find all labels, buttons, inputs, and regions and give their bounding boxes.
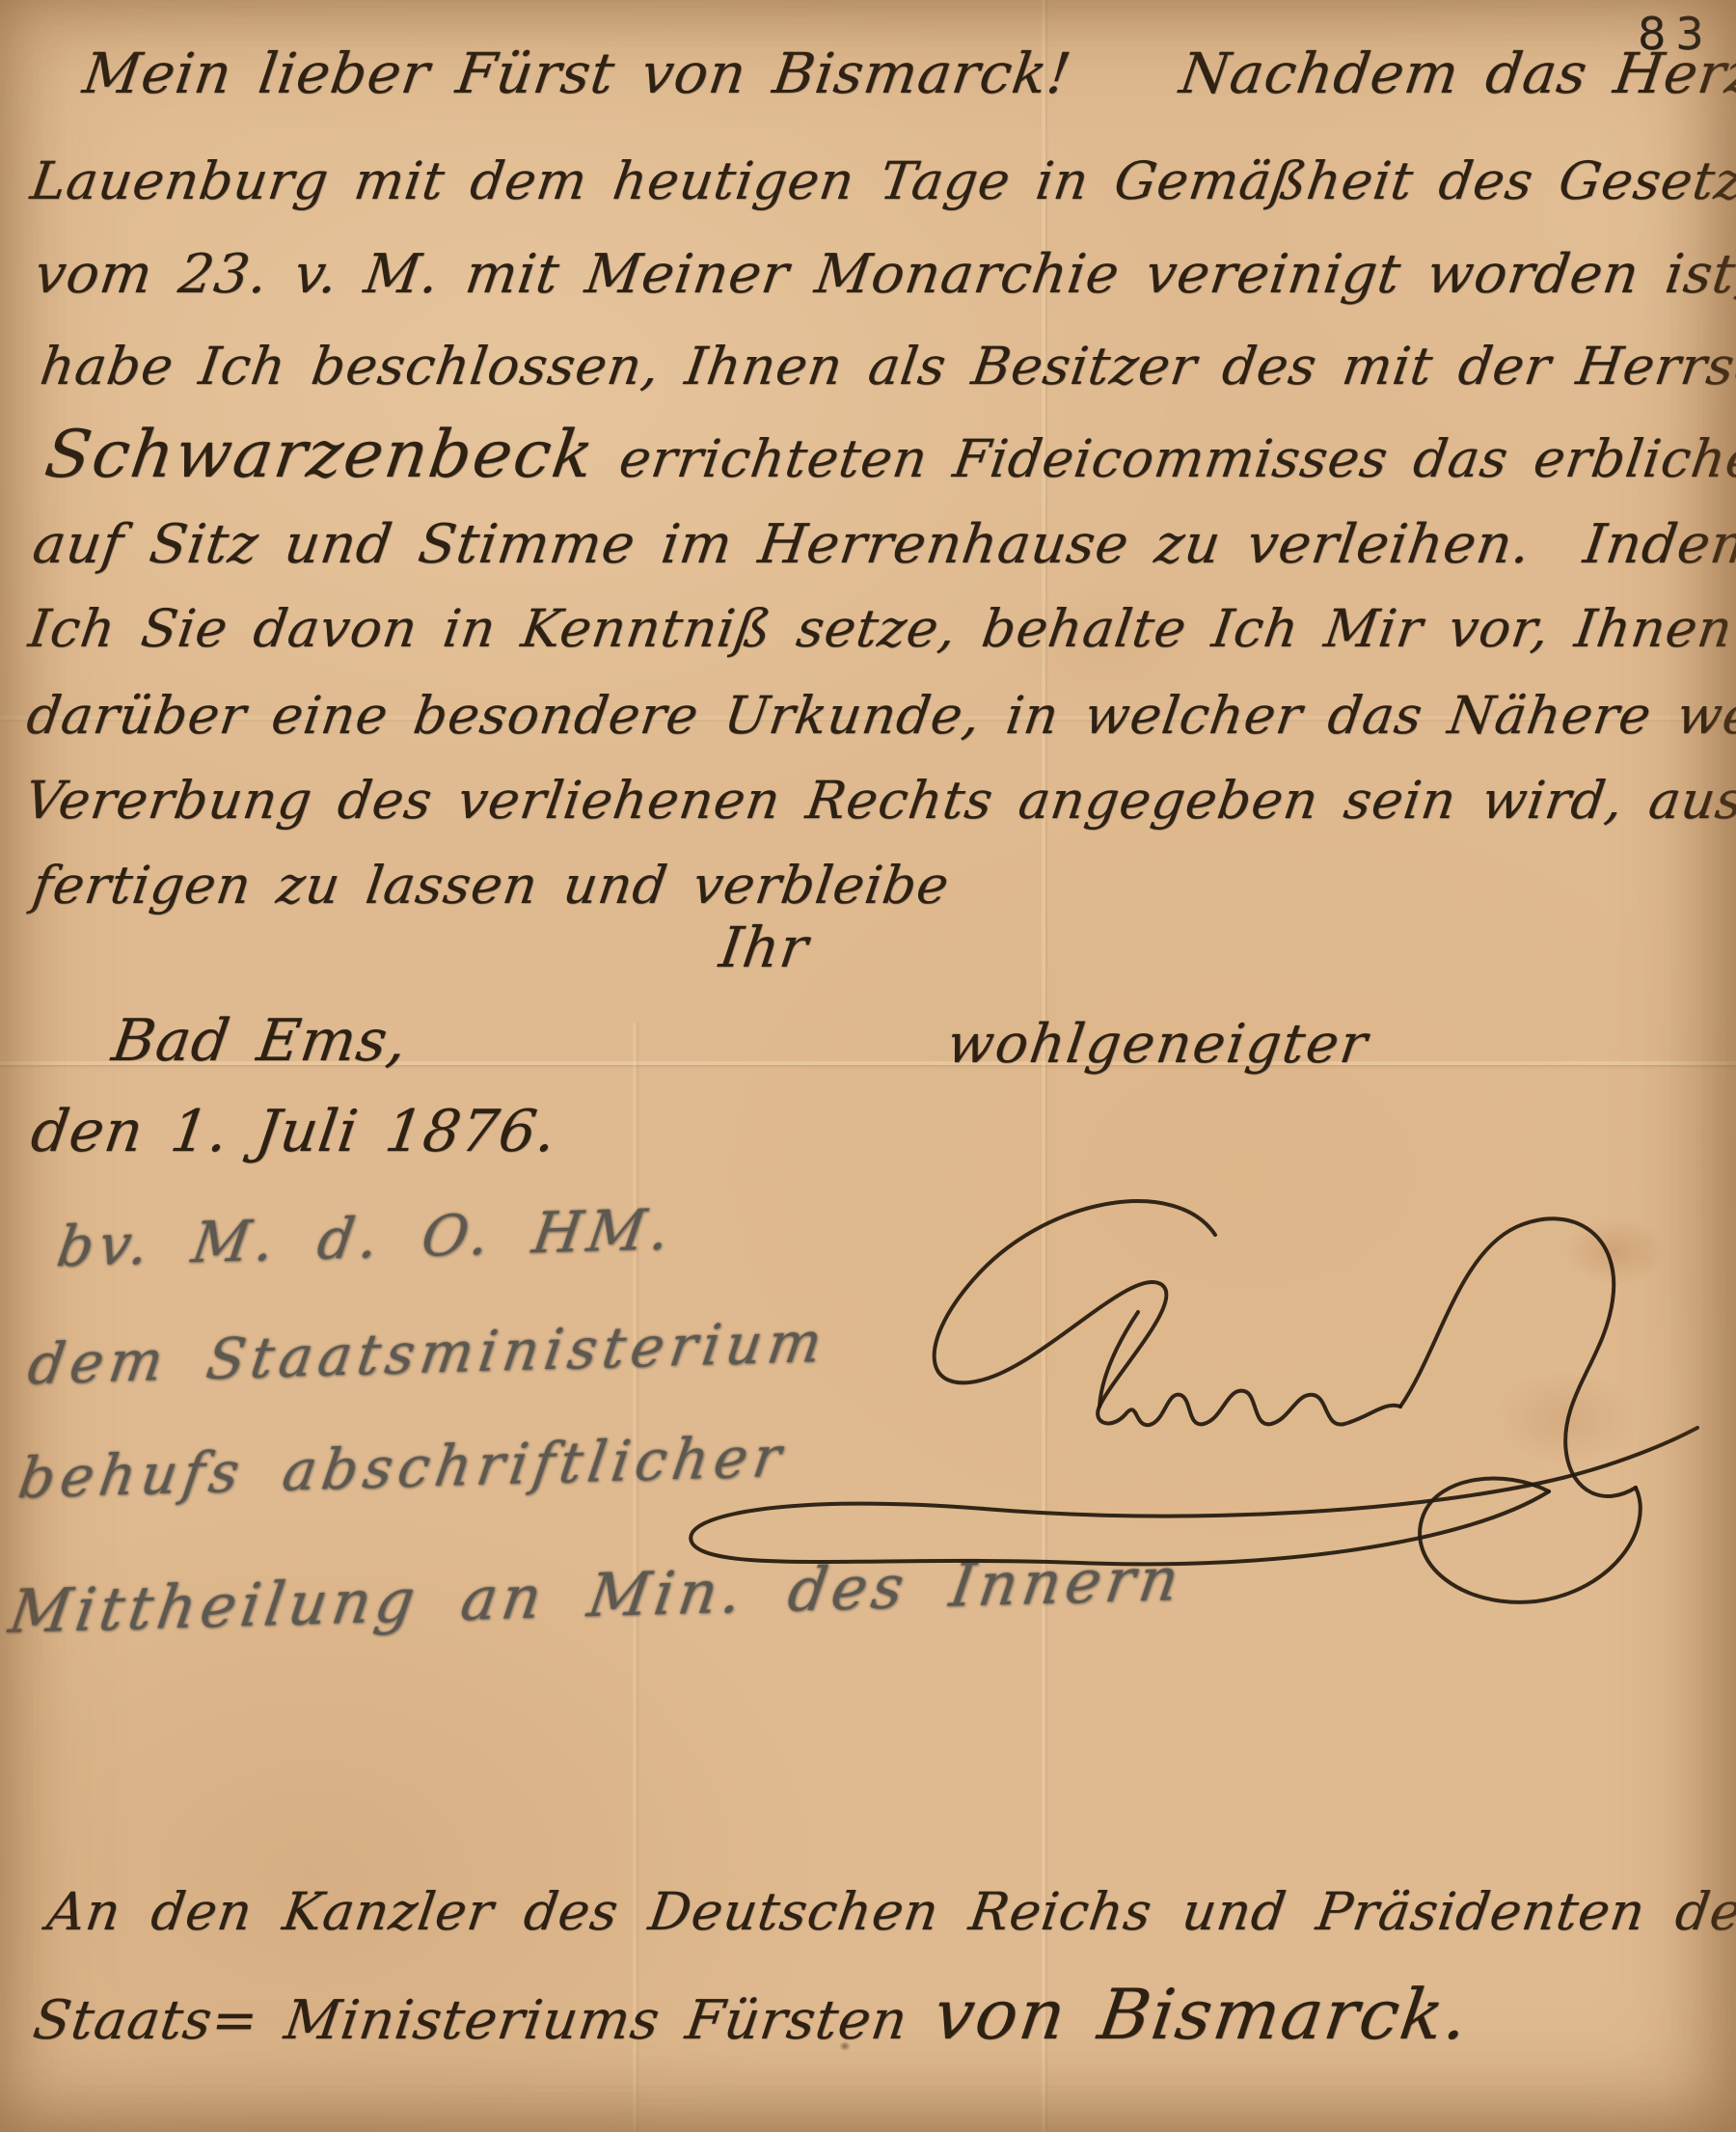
- valediction: wohlgeneigter: [943, 1013, 1372, 1076]
- signature-stroke: [1400, 1218, 1636, 1496]
- letter-body-line: vom 23. v. M. mit Meiner Monarchie verei…: [31, 243, 1736, 306]
- letter-body-line: Schwarzenbeck errichteten Fideicommisses…: [41, 417, 1736, 493]
- letter-page: 83 Mein lieber Fürst von Bismarck! Nachd…: [0, 0, 1736, 2132]
- letter-body-line: Mein lieber Fürst von Bismarck! Nachdem …: [79, 41, 1736, 106]
- letter-body-line: darüber eine besondere Urkunde, in welch…: [23, 685, 1736, 746]
- signature-stroke: [935, 1201, 1400, 1425]
- pencil-note-line: dem Staatsministerium: [24, 1309, 831, 1397]
- dateline-date: den 1. Juli 1876.: [27, 1098, 561, 1165]
- addressee-name-bismarck: von Bismarck.: [930, 1974, 1475, 2055]
- address-line-prefix: Staats= Ministeriums Fürsten: [29, 1989, 938, 2052]
- letter-body-line: Vererbung des verliehenen Rechts angegeb…: [21, 770, 1736, 831]
- address-line: Staats= Ministeriums Fürsten von Bismarc…: [29, 1974, 1475, 2055]
- letter-body-line: fertigen zu lassen und verbleibe: [29, 855, 953, 916]
- signature-stroke: [691, 1428, 1697, 1564]
- letter-body-line: auf Sitz und Stimme im Herrenhause zu ve…: [29, 513, 1736, 576]
- closing-pronoun: Ihr: [716, 915, 813, 980]
- address-line: An den Kanzler des Deutschen Reichs und …: [43, 1881, 1736, 1942]
- pencil-note-line: bv. M. d. O. HM.: [53, 1196, 679, 1279]
- letter-body-line-rest: errichteten Fideicommisses das erbliche …: [589, 428, 1736, 489]
- pencil-note-line: behufs abschriftlicher: [14, 1423, 791, 1511]
- foxing-stain: [1493, 1370, 1638, 1466]
- signature-stroke: [1420, 1479, 1641, 1602]
- foxing-stain: [1562, 1217, 1668, 1285]
- dateline-place: Bad Ems,: [108, 1007, 412, 1075]
- pencil-note-line: Mittheilung an Min. des Innern: [5, 1544, 1188, 1647]
- signature-stroke: [1099, 1312, 1138, 1407]
- letter-body-line: Ich Sie davon in Kenntniß setze, behalte…: [25, 598, 1736, 659]
- letter-body-line: habe Ich beschlossen, Ihnen als Besitzer…: [37, 336, 1736, 396]
- place-name-schwarzenbeck: Schwarzenbeck: [41, 417, 600, 493]
- letter-body-line: Lauenburg mit dem heutigen Tage in Gemäß…: [27, 150, 1736, 211]
